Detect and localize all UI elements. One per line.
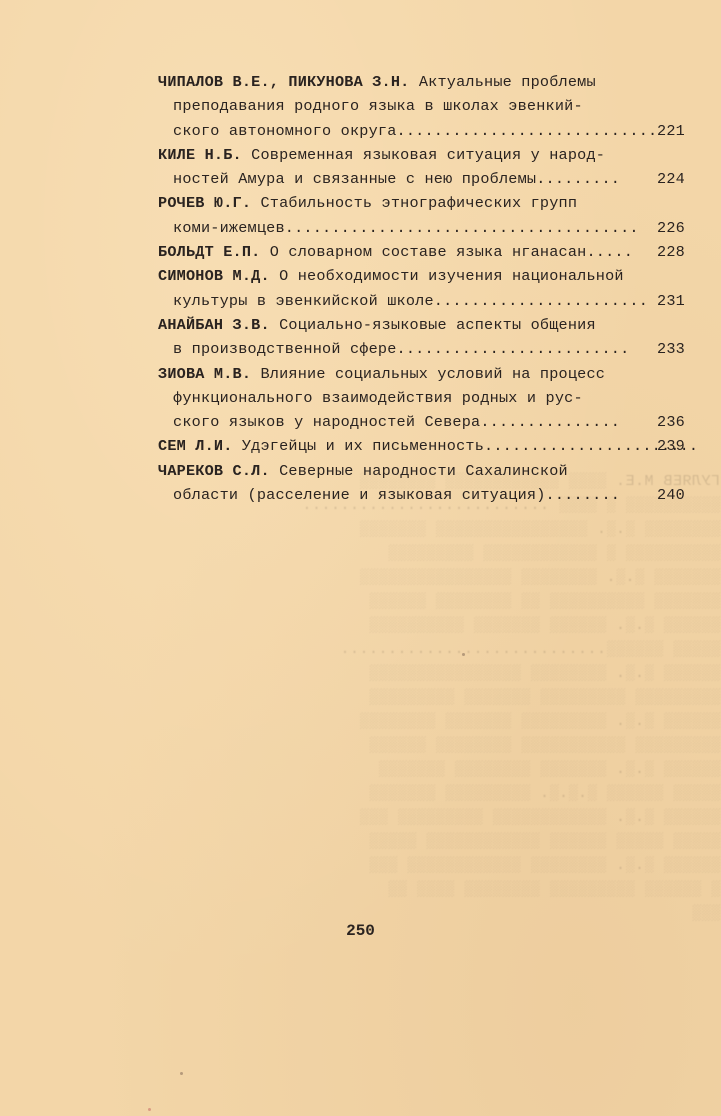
entry-author: СИМОНОВ М.Д. bbox=[158, 267, 270, 285]
entry-author: РОЧЕВ Ю.Г. bbox=[158, 194, 251, 212]
entry-author: АНАЙБАН З.В. bbox=[158, 316, 270, 334]
entry-page-number: 224 bbox=[657, 167, 685, 191]
paper-speck bbox=[180, 1072, 183, 1075]
entry-author: КИЛЕ Н.Б. bbox=[158, 146, 242, 164]
toc-entry: СЕМ Л.И. Удэгейцы и их письменность.....… bbox=[158, 434, 713, 458]
toc-entry: КИЛЕ Н.Б. Современная языковая ситуация … bbox=[158, 143, 713, 192]
entry-author: БОЛЬДТ Е.П. bbox=[158, 243, 260, 261]
entry-title-line: О словарном составе языка нганасан..... bbox=[270, 243, 633, 261]
entry-page-number: 240 bbox=[657, 483, 685, 507]
document-page: ГУЛЯЕВ М.Е. ░░░░ ░░░░░░░░░░░░ ░░░░░░░░ ░… bbox=[0, 0, 721, 1116]
toc-entry: ЗИОВА М.В. Влияние социальных условий на… bbox=[158, 362, 713, 435]
entry-title-line: ского языков у народностей Севера.......… bbox=[173, 413, 620, 431]
entry-author: ЧИПАЛОВ В.Е., ПИКУНОВА З.Н. bbox=[158, 73, 409, 91]
toc-entry: БОЛЬДТ Е.П. О словарном составе языка нг… bbox=[158, 240, 713, 264]
bleed-through-text: ГУЛЯЕВ М.Е. ░░░░ ░░░░░░░░░░░░ ░░░░░░░░ ░… bbox=[160, 470, 720, 930]
entry-title-line: коми-ижемцев............................… bbox=[173, 219, 639, 237]
entry-title-line: Удэгейцы и их письменность..............… bbox=[242, 437, 698, 455]
entry-author: ЗИОВА М.В. bbox=[158, 365, 251, 383]
entry-title-line: ностей Амура и связанные с нею проблемы.… bbox=[173, 170, 620, 188]
entry-page-number: 221 bbox=[657, 119, 685, 143]
entry-title-line: Стабильность этнографических групп bbox=[260, 194, 577, 212]
entry-page-number: 226 bbox=[657, 216, 685, 240]
entry-page-number: 236 bbox=[657, 410, 685, 434]
entry-author: ЧАРЕКОВ С.Л. bbox=[158, 462, 270, 480]
entry-title-line: О необходимости изучения национальной bbox=[279, 267, 624, 285]
entry-title-line: области (расселение и языковая ситуация)… bbox=[173, 486, 620, 504]
entry-title-line: Северные народности Сахалинской bbox=[279, 462, 568, 480]
toc-entry: СИМОНОВ М.Д. О необходимости изучения на… bbox=[158, 264, 713, 313]
entry-page-number: 228 bbox=[657, 240, 685, 264]
entry-title-line: Влияние социальных условий на процесс bbox=[260, 365, 605, 383]
entry-title-line: в производственной сфере................… bbox=[173, 340, 629, 358]
entry-title-line: культуры в эвенкийской школе............… bbox=[173, 292, 648, 310]
entry-title-line: функционального взаимодействия родных и … bbox=[173, 389, 583, 407]
entry-page-number: 231 bbox=[657, 289, 685, 313]
entry-page-number: 233 bbox=[657, 337, 685, 361]
toc-entry: РОЧЕВ Ю.Г. Стабильность этнографических … bbox=[158, 191, 713, 240]
entry-author: СЕМ Л.И. bbox=[158, 437, 233, 455]
toc-entry: АНАЙБАН З.В. Социально-языковые аспекты … bbox=[158, 313, 713, 362]
entry-title-line: преподавания родного языка в школах эвен… bbox=[173, 97, 583, 115]
entry-title-line: Актуальные проблемы bbox=[419, 73, 596, 91]
paper-speck bbox=[462, 653, 465, 656]
toc-entry: ЧАРЕКОВ С.Л. Северные народности Сахалин… bbox=[158, 459, 713, 508]
paper-speck bbox=[148, 1108, 151, 1111]
toc-entry: ЧИПАЛОВ В.Е., ПИКУНОВА З.Н. Актуальные п… bbox=[158, 70, 713, 143]
entry-title-line: ского автономного округа................… bbox=[173, 122, 657, 140]
table-of-contents: ЧИПАЛОВ В.Е., ПИКУНОВА З.Н. Актуальные п… bbox=[158, 70, 713, 507]
entry-title-line: Социально-языковые аспекты общения bbox=[279, 316, 596, 334]
entry-page-number: 239 bbox=[657, 434, 685, 458]
page-number: 250 bbox=[0, 922, 721, 940]
entry-title-line: Современная языковая ситуация у народ- bbox=[251, 146, 605, 164]
